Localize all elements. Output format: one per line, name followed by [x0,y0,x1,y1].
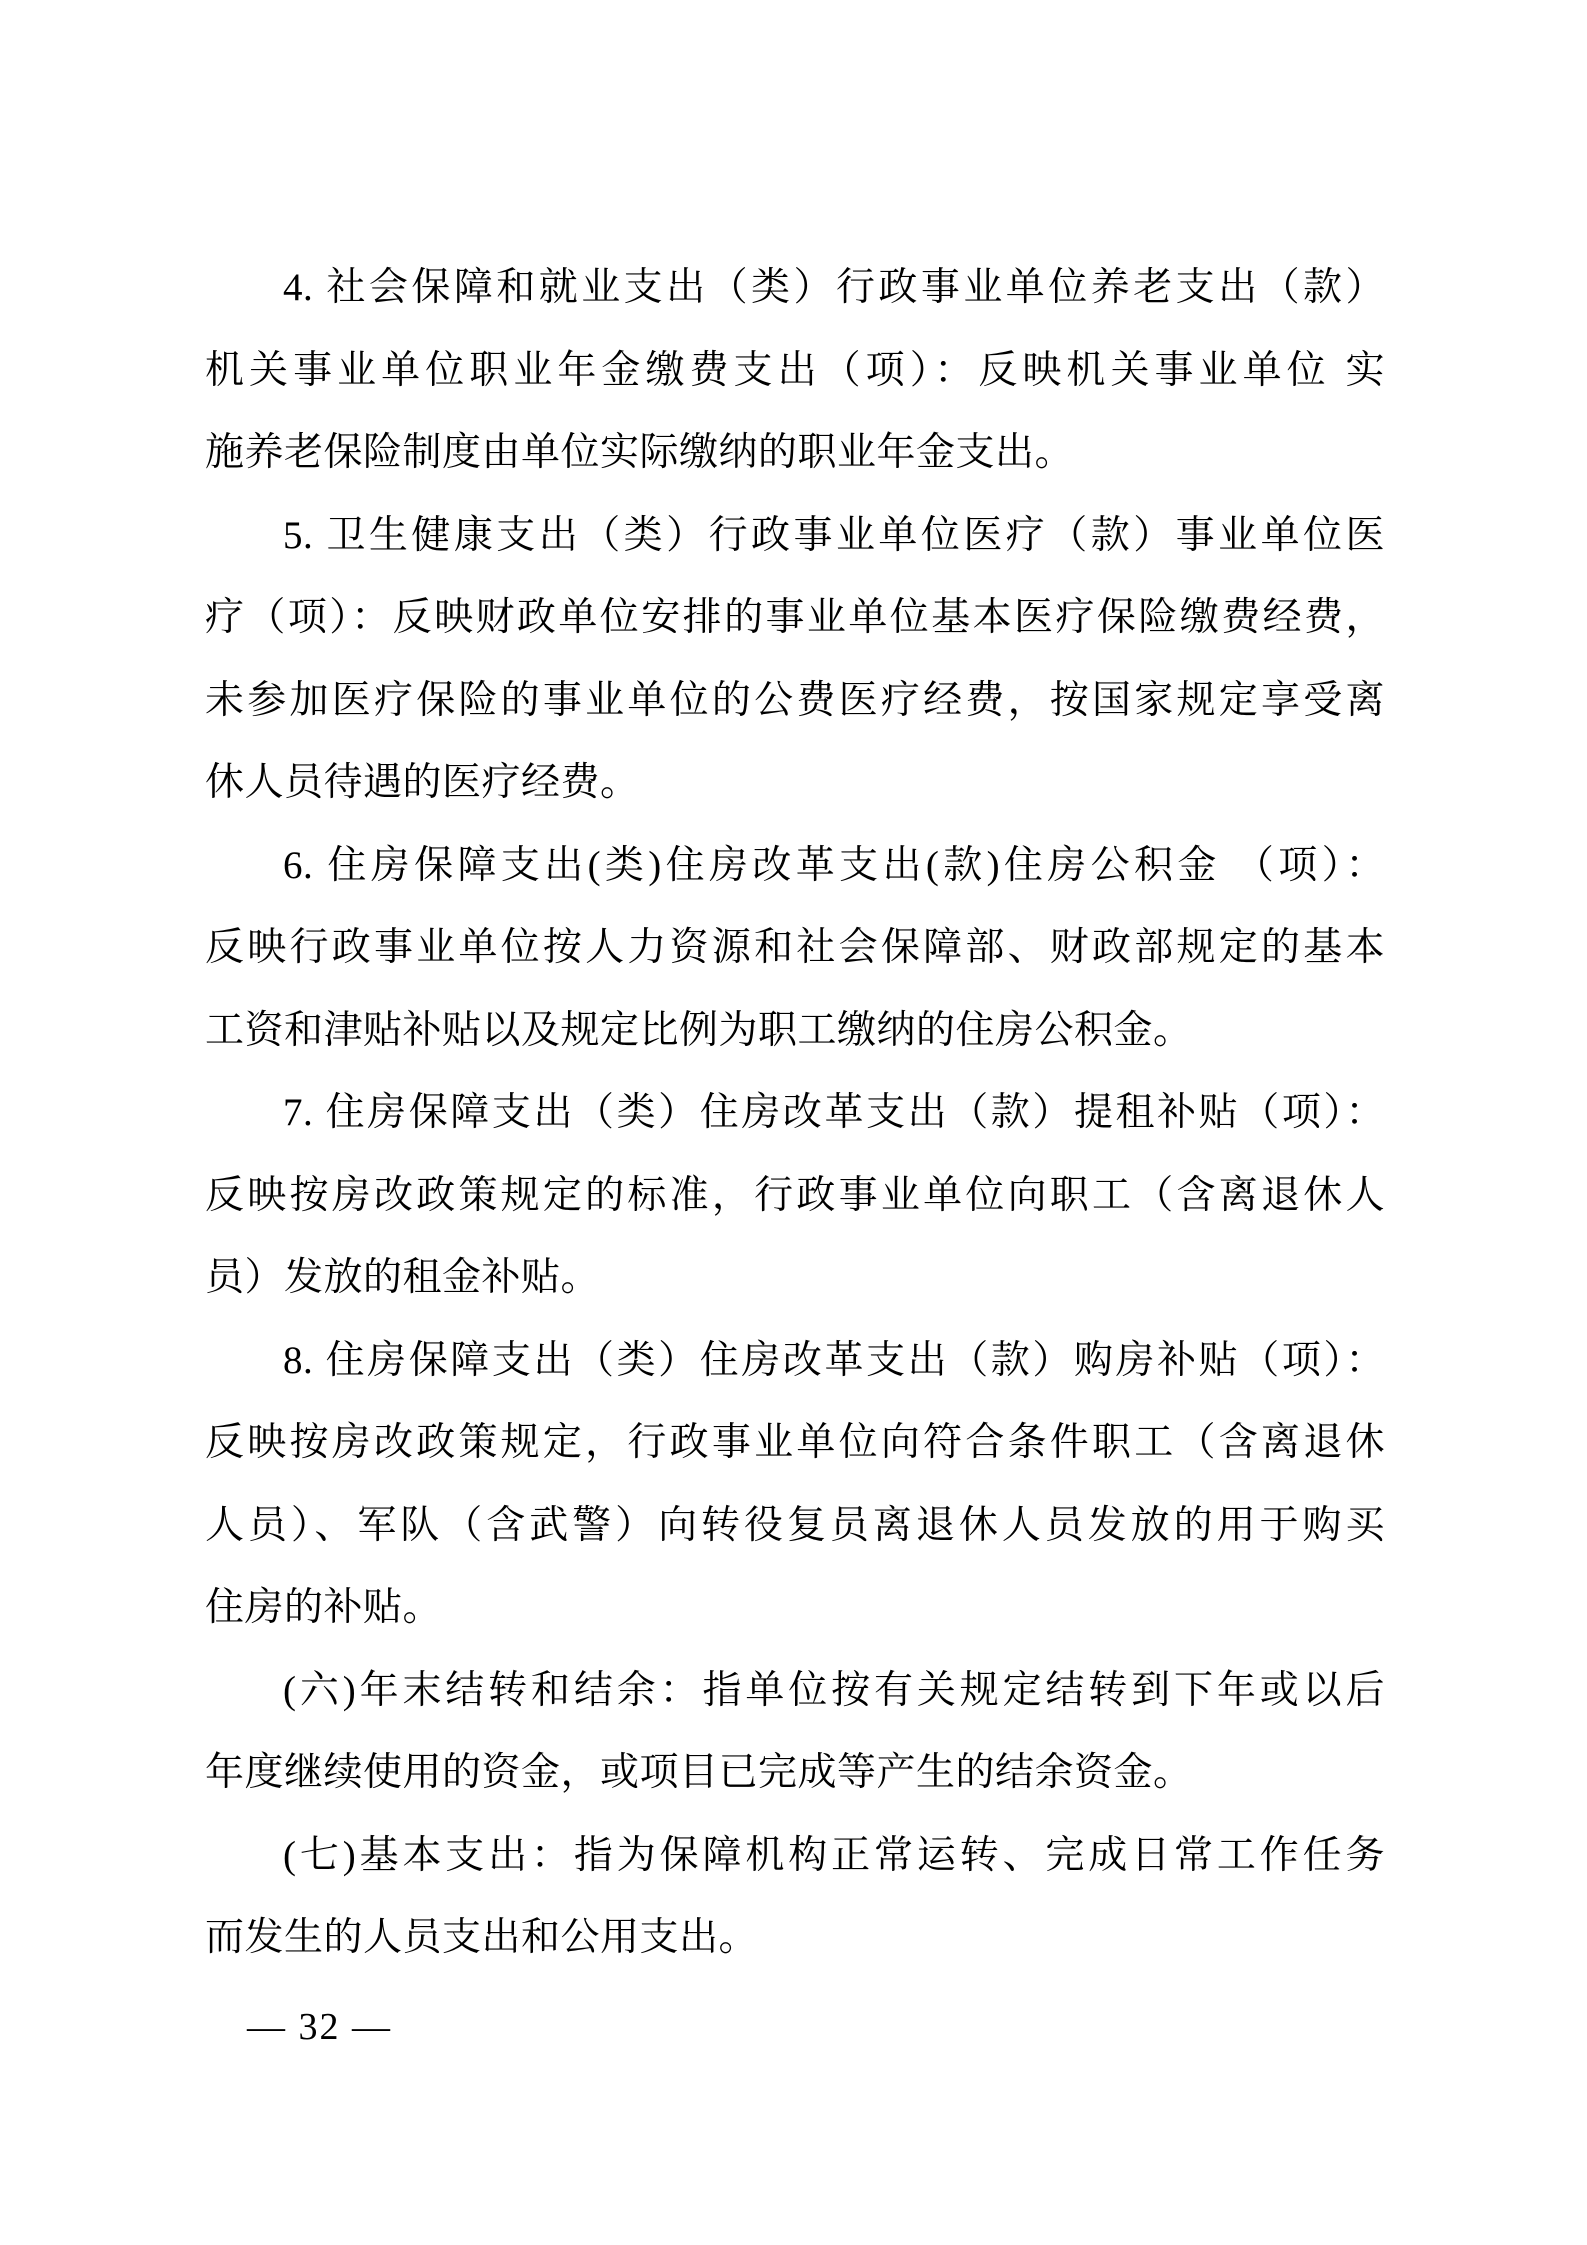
text-line: 住房的补贴。 [205,1567,1385,1650]
paragraph-item-5: 5. 卫生健康支出（类）行政事业单位医疗（款）事业单位医疗（项）：反映财政单位安… [205,495,1385,825]
text-line: 4. 社会保障和就业支出（类）行政事业单位养老支出（款） [205,247,1385,330]
page-number: — 32 — [247,1986,392,2069]
paragraph-item-qi: (七)基本支出：指为保障机构正常运转、完成日常工作任务而发生的人员支出和公用支出… [205,1815,1385,1980]
document-page: 4. 社会保障和就业支出（类）行政事业单位养老支出（款）机关事业单位职业年金缴费… [0,0,1587,2245]
text-line: (六)年末结转和结余：指单位按有关规定结转到下年或以后 [205,1650,1385,1733]
text-line: 反映按房改政策规定，行政事业单位向符合条件职工（含离退休 [205,1402,1385,1485]
text-line: 8. 住房保障支出（类）住房改革支出（款）购房补贴（项）： [205,1320,1385,1403]
text-line: 反映行政事业单位按人力资源和社会保障部、财政部规定的基本 [205,907,1385,990]
text-line: 反映按房改政策规定的标准，行政事业单位向职工（含离退休人 [205,1155,1385,1238]
text-line: 人员）、军队（含武警）向转役复员离退休人员发放的用于购买 [205,1485,1385,1568]
document-body: 4. 社会保障和就业支出（类）行政事业单位养老支出（款）机关事业单位职业年金缴费… [205,247,1385,1980]
text-line: 员）发放的租金补贴。 [205,1237,1385,1320]
text-line: 年度继续使用的资金，或项目已完成等产生的结余资金。 [205,1732,1385,1815]
text-line: 7. 住房保障支出（类）住房改革支出（款）提租补贴（项）： [205,1072,1385,1155]
text-line: 5. 卫生健康支出（类）行政事业单位医疗（款）事业单位医 [205,495,1385,578]
text-line: 机关事业单位职业年金缴费支出（项）：反映机关事业单位 实 [205,330,1385,413]
text-line: 6. 住房保障支出(类)住房改革支出(款)住房公积金 （项）： [205,825,1385,908]
paragraph-item-7: 7. 住房保障支出（类）住房改革支出（款）提租补贴（项）：反映按房改政策规定的标… [205,1072,1385,1320]
text-line: 而发生的人员支出和公用支出。 [205,1897,1385,1980]
paragraph-item-6: 6. 住房保障支出(类)住房改革支出(款)住房公积金 （项）：反映行政事业单位按… [205,825,1385,1073]
text-line: 工资和津贴补贴以及规定比例为职工缴纳的住房公积金。 [205,990,1385,1073]
text-line: 休人员待遇的医疗经费。 [205,742,1385,825]
text-line: 疗（项）：反映财政单位安排的事业单位基本医疗保险缴费经费， [205,577,1385,660]
paragraph-item-liu: (六)年末结转和结余：指单位按有关规定结转到下年或以后年度继续使用的资金，或项目… [205,1650,1385,1815]
text-line: 未参加医疗保险的事业单位的公费医疗经费，按国家规定享受离 [205,660,1385,743]
text-line: 施养老保险制度由单位实际缴纳的职业年金支出。 [205,412,1385,495]
paragraph-item-4: 4. 社会保障和就业支出（类）行政事业单位养老支出（款）机关事业单位职业年金缴费… [205,247,1385,495]
text-line: (七)基本支出：指为保障机构正常运转、完成日常工作任务 [205,1815,1385,1898]
paragraph-item-8: 8. 住房保障支出（类）住房改革支出（款）购房补贴（项）：反映按房改政策规定，行… [205,1320,1385,1650]
